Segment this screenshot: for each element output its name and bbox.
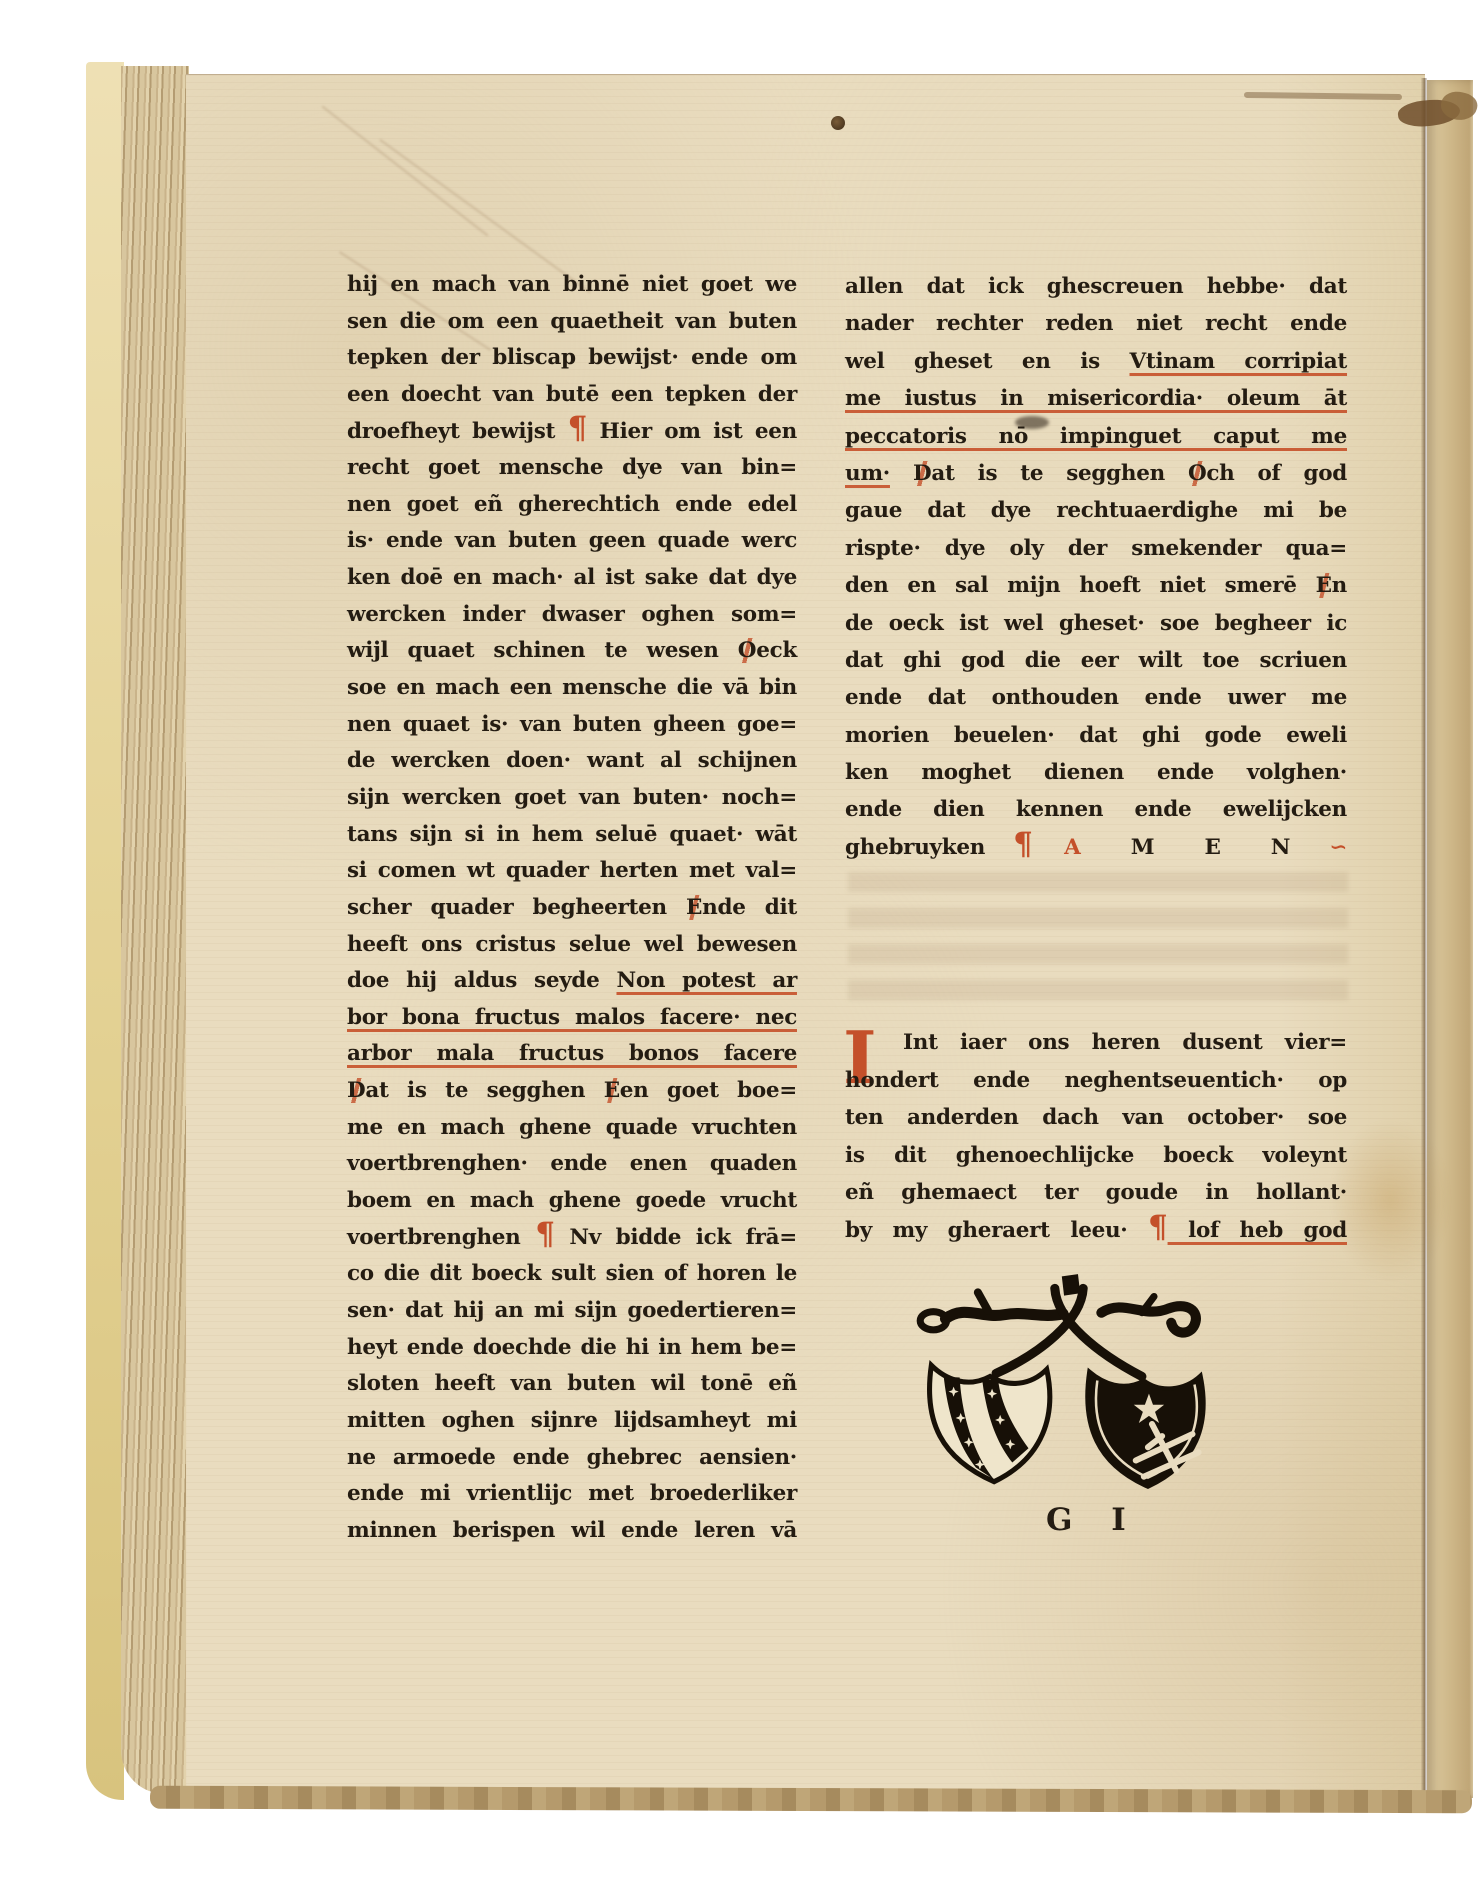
text-line: sijn wercken goet van buten· noch=: [347, 785, 797, 822]
text-line: Dat is te segghen Een goet boe=: [347, 1078, 797, 1115]
text-line: hij en mach van binnē niet goet we: [347, 272, 797, 309]
text-line: gaue dat dye rechtuaerdighe mi be: [845, 498, 1347, 535]
text-line: de oeck ist wel gheset· soe begheer ic: [845, 611, 1347, 648]
text-line: um· Dat is te segghen Och of god: [845, 461, 1347, 498]
text-line: bor bona fructus malos facere· nec: [347, 1005, 797, 1042]
text-line: tans sijn si in hem seluē quaet· wāt: [347, 822, 797, 859]
text-line: wercken inder dwaser oghen som=: [347, 602, 797, 639]
text-line: mitten oghen sijnre lijdsamheyt mi: [347, 1408, 797, 1445]
left-column: hij en mach van binnē niet goet wesen di…: [347, 272, 797, 1554]
text-line: rispte· dye oly der smekender qua=: [845, 536, 1347, 573]
text-line: den en sal mijn hoeft niet smerē En: [845, 573, 1347, 610]
vellum-cover-edge: [86, 62, 124, 1800]
show-through-ghost-text: [848, 872, 1348, 1010]
text-line: ende mi vrientlijc met broederliker: [347, 1481, 797, 1518]
text-line: arbor mala fructus bonos facere: [347, 1041, 797, 1078]
hanging-straps-icon: [996, 1275, 1142, 1376]
text-line: co die dit boeck sult sien of horen le: [347, 1261, 797, 1298]
text-line: heyt ende doechde die hi in hem be=: [347, 1335, 797, 1372]
text-line: by my gheraert leeu· ¶ lof heb god: [845, 1218, 1347, 1256]
text-line: sen die om een quaetheit van buten: [347, 309, 797, 346]
text-line: tepken der bliscap bewijst· ende om: [347, 345, 797, 382]
book-photo: hij en mach van binnē niet goet wesen di…: [0, 0, 1481, 1890]
printer-device: [903, 1272, 1237, 1490]
text-line: ghebruyken ¶ A M E N ∽: [845, 835, 1347, 872]
text-line: is dit ghenoechlijcke boeck voleynt: [845, 1143, 1347, 1181]
bottom-leaf-edges: [150, 1786, 1472, 1814]
text-line: ten anderden dach van october· soe: [845, 1105, 1347, 1143]
worm-hole: [831, 116, 845, 130]
text-line: voertbrenghen· ende enen quaden: [347, 1151, 797, 1188]
text-line: eñ ghemaect ter goude in hollant·: [845, 1180, 1347, 1218]
text-line: wijl quaet schinen te wesen Oeck: [347, 638, 797, 675]
text-line: wel gheset en is Vtinam corripiat: [845, 349, 1347, 386]
text-line: dat ghi god die eer wilt toe scriuen: [845, 648, 1347, 685]
text-line: ende dien kennen ende ewelijcken: [845, 797, 1347, 834]
text-line: morien beuelen· dat ghi gode eweli: [845, 723, 1347, 760]
right-column: allen dat ick ghescreuen hebbe· datnader…: [845, 274, 1347, 872]
text-line: nen goet eñ gherechtich ende edel: [347, 492, 797, 529]
text-line: nader rechter reden niet recht ende: [845, 311, 1347, 348]
text-line: ken doē en mach· al ist sake dat dye: [347, 565, 797, 602]
right-shield-icon: [1087, 1371, 1203, 1486]
text-line: scher quader begheerten Ende dit: [347, 895, 797, 932]
page-edges-stack: [121, 66, 189, 1794]
text-line: sloten heeft van buten wil tonē eñ: [347, 1371, 797, 1408]
text-line: minnen berispen wil ende leren vā: [347, 1518, 797, 1555]
text-line: peccatoris nō impinguet caput me: [845, 424, 1347, 461]
colophon-column: Int iaer ons heren dusent vier=hondert e…: [845, 1030, 1347, 1256]
text-line: recht goet mensche dye van bin=: [347, 455, 797, 492]
text-line: nen quaet is· van buten gheen goe=: [347, 712, 797, 749]
text-line: soe en mach een mensche die vā bin: [347, 675, 797, 712]
paper-stain: [1330, 1120, 1450, 1280]
text-line: Int iaer ons heren dusent vier=: [845, 1030, 1347, 1068]
text-line: voertbrenghen ¶ Nv bidde ick frā=: [347, 1225, 797, 1262]
text-line: de wercken doen· want al schijnen: [347, 748, 797, 785]
text-line: heeft ons cristus selue wel bewesen: [347, 932, 797, 969]
text-line: hondert ende neghentseuentich· op: [845, 1068, 1347, 1106]
text-line: doe hij aldus seyde Non potest ar: [347, 968, 797, 1005]
text-line: allen dat ick ghescreuen hebbe· dat: [845, 274, 1347, 311]
text-line: me iustus in misericordia· oleum āt: [845, 386, 1347, 423]
signature-mark: G I: [1046, 1502, 1140, 1538]
text-line: me en mach ghene quade vruchten: [347, 1115, 797, 1152]
text-line: boem en mach ghene goede vrucht: [347, 1188, 797, 1225]
text-line: ende dat onthouden ende uwer me: [845, 685, 1347, 722]
text-line: ne armoede ende ghebrec aensien·: [347, 1445, 797, 1482]
text-line: si comen wt quader herten met val=: [347, 858, 797, 895]
text-line: droefheyt bewijst ¶ Hier om ist een: [347, 419, 797, 456]
text-line: is· ende van buten geen quade werc: [347, 528, 797, 565]
facing-leaf-edge: [1427, 80, 1473, 1798]
text-line: sen· dat hij an mi sijn goedertieren=: [347, 1298, 797, 1335]
left-shield-icon: [929, 1365, 1049, 1481]
text-line: ken moghet dienen ende volghen·: [845, 760, 1347, 797]
